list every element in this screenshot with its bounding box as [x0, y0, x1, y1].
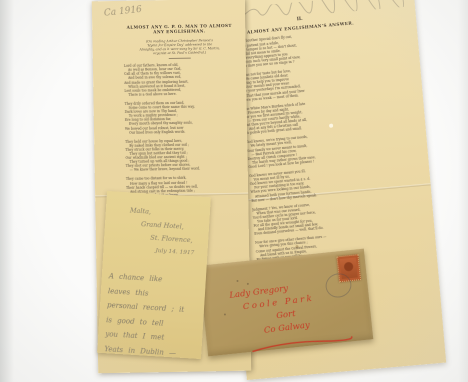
handwritten-letter: Malta, Grand Hotel, St. Florence, July 1… — [97, 191, 211, 359]
ink-speck — [236, 280, 238, 282]
pencil-date-note: Ca 1916 — [104, 5, 143, 19]
verse-stanza: Judgment ? Yes, we know of course,When t… — [252, 196, 382, 236]
verse-line: — We knew their brave, beyond their word… — [130, 166, 238, 172]
verse-line: There is a God above us here. — [128, 91, 236, 97]
verse-stanzas: Your brother Special don't fly out,Be pa… — [237, 29, 384, 266]
divider-rule — [169, 58, 191, 59]
envelope-address: Lady Gregory Coole Park Gort Co Galway — [229, 276, 355, 361]
ink-speck — [247, 283, 249, 285]
verse-column-2: II. ALMOST ANY ENGLISHMAN'S ANSWER. Your… — [236, 11, 385, 270]
verse-stanza: God knows, we're trying to our needs,We … — [246, 129, 376, 169]
verse-stanza: Lord of our fathers, known of old,As wel… — [124, 62, 237, 97]
verse-stanza: 'Twas not for taste but for love,We came… — [240, 62, 370, 102]
envelope: Lady Gregory Coole Park Gort Co Galway — [199, 249, 374, 357]
letter-date: July 14. 1917 — [155, 245, 208, 261]
photograph-of-documents: II. ALMOST ANY ENGLISHMAN'S ANSWER. Your… — [0, 0, 468, 382]
verse-stanza: The White Man's Burden which of latePres… — [243, 96, 373, 136]
letter-body: A chance likeleaves thispersonal record … — [104, 269, 186, 361]
verse-stanza: They held our house by equal laws,By nak… — [125, 138, 238, 173]
verse-stanza: God knows we never meant you ill,You mea… — [249, 163, 379, 203]
verse-stanza: Your brother Special don't fly out,Be pa… — [237, 29, 367, 69]
poem-epigraph: (On reading Arthur Christopher Benson's‘… — [123, 38, 235, 56]
ink-speck — [224, 313, 226, 315]
letter-heading: Malta, Grand Hotel, St. Florence, July 1… — [103, 203, 210, 261]
verse-stanza: They drily ordered them on our land,Some… — [125, 100, 238, 135]
